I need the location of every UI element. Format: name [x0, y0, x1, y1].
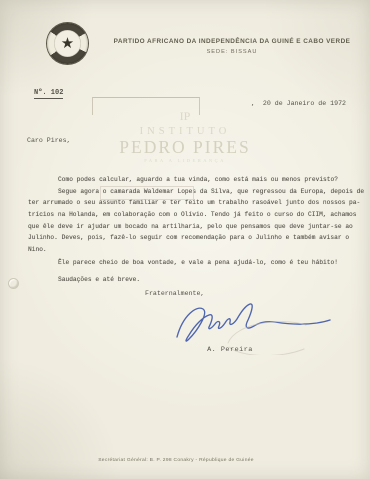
pencil-annotation-name: [100, 186, 194, 200]
letter-body: Como podes calcular, aguardo a tua vinda…: [28, 174, 360, 285]
scanned-letter-page: ★ PARTIDO AFRICANO DA INDEPENDÊNCIA DA G…: [0, 0, 370, 479]
date-line: , 20 de Janeiro de 1972: [251, 100, 346, 107]
salutation: Caro Pires,: [27, 137, 71, 144]
signature-typed-name: A. Pereira: [160, 346, 300, 354]
reference-number: Nº. 102: [34, 89, 63, 99]
body-line: Êle parece cheio de boa vontade, e vale …: [28, 257, 360, 269]
body-line: ter arrumado o seu assunto familiar e te…: [28, 197, 360, 209]
body-line: que êle deve ir ajudar um bocado na arti…: [28, 221, 360, 233]
footer-address: Secrétariat Général: B. P. 298 Conakry -…: [0, 458, 352, 463]
punch-hole: [8, 278, 19, 289]
body-line: Segue agora o camarada Waldemar Lopes da…: [28, 186, 360, 198]
body-line: Saudações e até breve.: [28, 274, 360, 286]
party-name: PARTIDO AFRICANO DA INDEPENDÊNCIA DA GUI…: [108, 38, 356, 45]
closing: Fraternalmente,: [145, 290, 204, 297]
seal-core: ★: [54, 30, 81, 57]
party-seat: SEDE: BISSAU: [108, 49, 356, 55]
paigc-seal-icon: ★: [47, 23, 88, 64]
body-line: Julinho. Deves, pois, fazê-lo seguir com…: [28, 232, 360, 244]
body-line: Nino.: [28, 244, 360, 256]
body-line: Como podes calcular, aguardo a tua vinda…: [28, 174, 360, 186]
star-icon: ★: [61, 36, 74, 51]
pencil-annotation-box: [92, 97, 200, 115]
body-line: trícios na Holanda, em colaboração com o…: [28, 209, 360, 221]
watermark-line3: PARA A LIDERANÇA: [0, 158, 370, 163]
